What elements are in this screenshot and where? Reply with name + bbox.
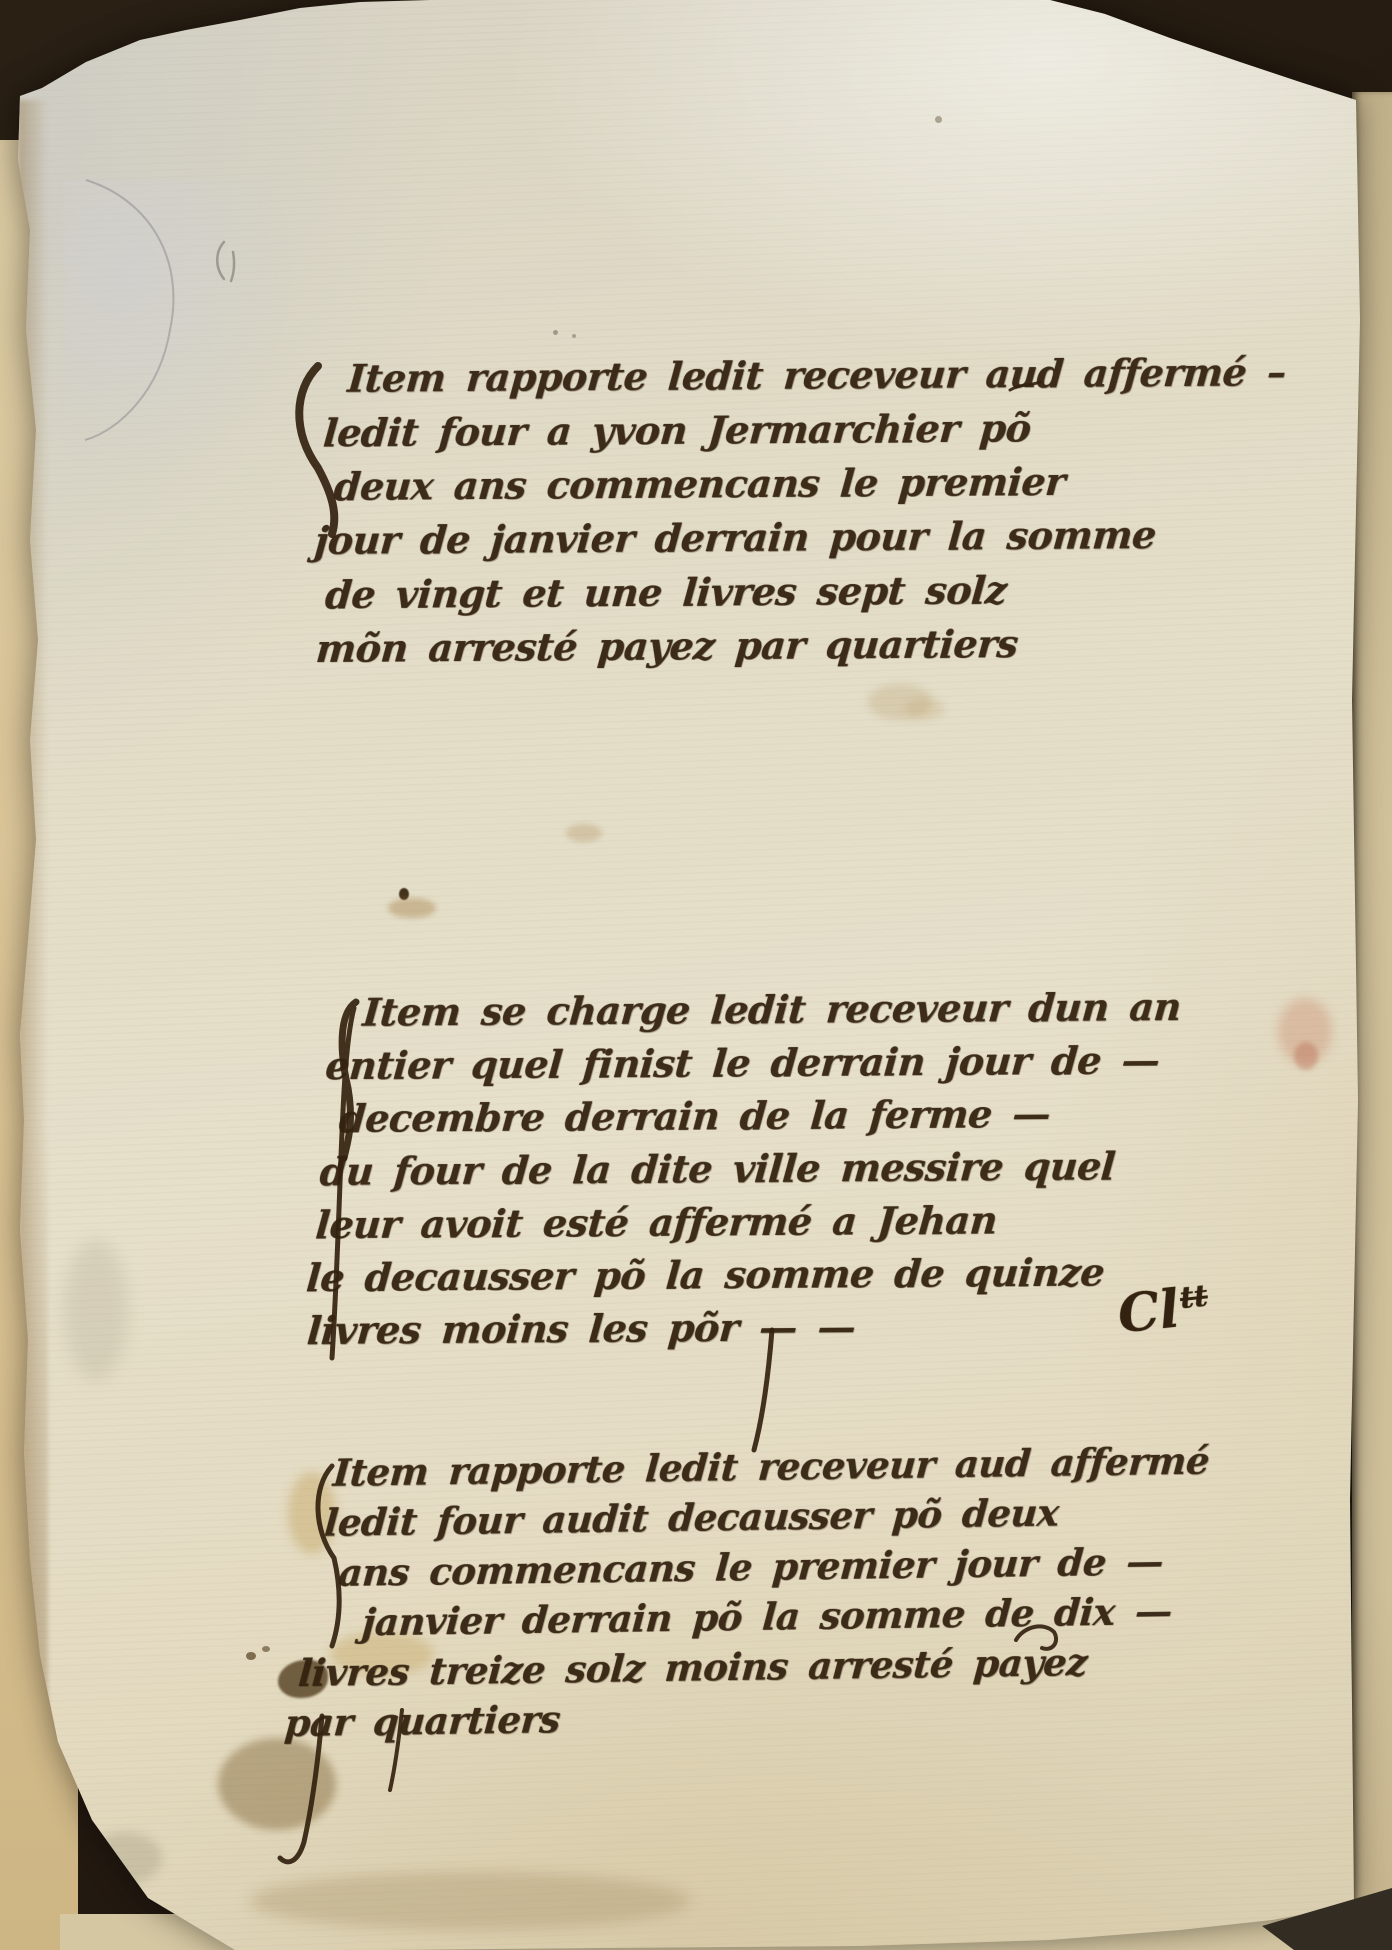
paper-speck [553, 330, 558, 335]
manuscript-line: mõn arresté payez par quartiers [314, 615, 1266, 676]
ledger-entry-2: Item se charge ledit receveur dun an ent… [310, 980, 1183, 1357]
corner-fold-highlight [64, 180, 294, 480]
manuscript-line: jour de janvier derrain pour la somme [313, 507, 1275, 568]
manuscript-line: deux ans commencans le premier [332, 453, 1279, 514]
ledger-entry-1: Item rapporte ledit receveur aud affermé… [314, 345, 1288, 676]
paper-stain [388, 898, 436, 918]
manuscript-line: de vingt et une livres sept solz [323, 561, 1270, 622]
paper-stain [399, 888, 409, 900]
margin-note-superscript: tt [1178, 1278, 1209, 1316]
ink-speck [246, 1652, 256, 1660]
margin-note-cltt: Cltt [1115, 1275, 1212, 1345]
manuscript-line: du four de la dite ville messire quel [318, 1139, 1170, 1198]
paper-stain [88, 1832, 162, 1884]
manuscript-line: livres moins les põr — — [305, 1298, 1157, 1357]
ink-speck [262, 1646, 270, 1652]
paper-stain [905, 698, 945, 720]
manuscript-line: Item se charge ledit receveur dun an [361, 980, 1183, 1039]
paper-stain-pink [1278, 998, 1332, 1064]
manuscript-line: Item rapporte ledit receveur aud affermé… [346, 345, 1288, 406]
paper-speck [572, 334, 576, 338]
ledger-entry-3: Item rapporte ledit receveur aud affermé… [308, 1436, 1211, 1748]
manuscript-line: le decausser põ la somme de quinze [304, 1245, 1161, 1304]
manuscript-line: ledit four a yvon Jermarchier põ [321, 399, 1283, 460]
paper-stain [64, 1240, 128, 1380]
manuscript-photo: Item rapporte ledit receveur aud affermé… [0, 0, 1392, 1950]
worn-left-edge [18, 100, 48, 1950]
paper-stain [566, 824, 602, 842]
paper-stain [218, 1738, 336, 1830]
paper-stain [250, 1872, 690, 1930]
page-wrap: Item rapporte ledit receveur aud affermé… [0, 0, 1392, 1950]
manuscript-page: Item rapporte ledit receveur aud affermé… [0, 0, 1392, 1950]
manuscript-line: entier quel finist le derrain jour de — [323, 1033, 1178, 1092]
margin-note-base: Cl [1115, 1279, 1182, 1346]
manuscript-line: decembre derrain de la ferme — [337, 1086, 1174, 1145]
manuscript-line: leur avoit esté affermé a Jehan [314, 1192, 1166, 1251]
paper-stain-pink [1294, 1042, 1318, 1070]
paper-stain [868, 684, 932, 720]
paper-speck [935, 116, 942, 123]
